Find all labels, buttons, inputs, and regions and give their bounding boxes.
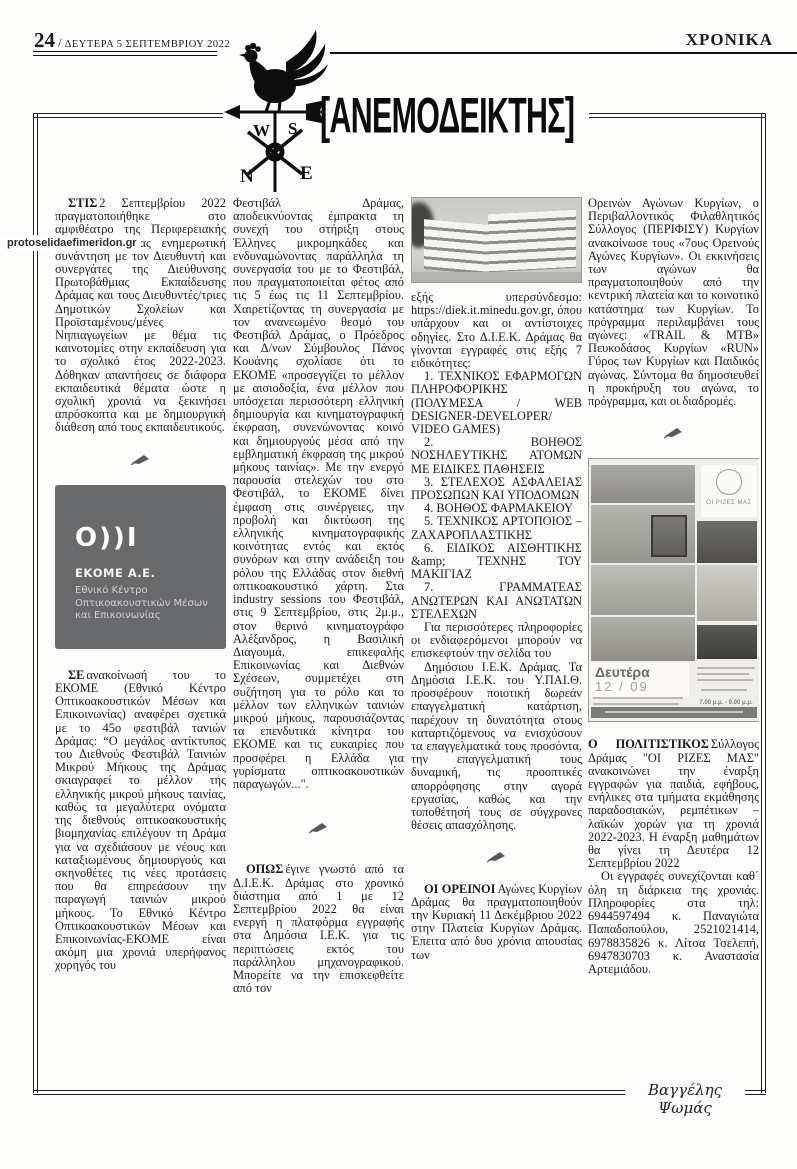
- newspaper-brand: ΧΡΟΝΙΚΑ: [686, 30, 773, 50]
- specialty-item: 7. ΓΡΑΜΜΑΤΕΑΣ ΑΝΩΤΕΡΩΝ ΚΑΙ ΑΝΩΤΑΤΩΝ ΣΤΕΛ…: [411, 581, 582, 621]
- ekome-company-name: ΕΚΟΜΕ Α.Ε.: [75, 567, 212, 580]
- specialty-item: 6. ΕΙΔΙΚΟΣ ΑΙΣΘΗΤΙΚΗΣ &amp; ΤΕΧΝΗΣ ΤΟΥ Μ…: [411, 542, 582, 582]
- page-number: 24: [34, 28, 55, 52]
- watermark: protoselidaefimeridon.gr: [0, 235, 141, 251]
- article-paragraph: Ορεινών Αγώνων Κυργίων, ο Περιβαλλοντικό…: [588, 197, 759, 408]
- article-paragraph: Φεστιβάλ Δράμας, αποδεικνύοντας έμπρακτα…: [233, 197, 404, 791]
- paragraph-text: Φεστιβάλ Δράμας, αποδεικνύοντας έμπρακτα…: [233, 197, 404, 791]
- paragraph-text: έγινε γνωστό από τα Δ.Ι.Ε.Κ. Δράμας στο …: [233, 862, 404, 995]
- poster-date-text: 12 / 09: [595, 680, 689, 693]
- poster-banner-text-bar: [605, 711, 743, 713]
- poster-photo-tile: [591, 565, 695, 615]
- column-4: Ορεινών Αγώνων Κυργίων, ο Περιβαλλοντικό…: [588, 197, 759, 1093]
- poster-photo-tile: [697, 565, 757, 621]
- author-signature: Βαγγέλης Ψωμάς: [625, 1081, 745, 1117]
- building-left-wing: [424, 219, 490, 275]
- poster-photo-tile: [697, 521, 757, 563]
- ekome-company-subtitle: Εθνικό Κέντρο Οπτικοακουστικών Μέσων και…: [75, 585, 212, 623]
- page-header-left: 24/ΔΕΥΤΕΡΑ 5 ΣΕΠΤΕΜΒΡΙΟΥ 2022: [34, 28, 230, 53]
- article-paragraph: ΣΕανακοίνωσή του το ΕΚΟΜΕ (Εθνικό Κέντρο…: [55, 669, 226, 973]
- pen-dingbat-icon: [588, 426, 759, 442]
- compass-letter-e: E: [300, 163, 313, 184]
- column-1: ΣΤΙΣ2 Σεπτεμβρίου 2022 πραγματοποιήθηκε …: [55, 197, 226, 1093]
- header-rule: [330, 52, 797, 54]
- paragraph-lead: ΣΕ: [68, 668, 84, 682]
- article-paragraph: Για περισσότερες πληροφορίες οι ενδιαφερ…: [411, 621, 582, 661]
- compass-letter-s: S: [288, 119, 297, 138]
- article-paragraph: Ο ΠΟΛΙΤΙΣΤΙΚΟΣΣύλλογος Δράμας "ΟΙ ΡΙΖΕΣ …: [588, 738, 759, 870]
- specialty-item: 1. ΤΕΧΝΙΚΟΣ ΕΦΑΡΜΟΓΩΝ ΠΛΗΡΟΦΟΡΙΚΗΣ (ΠΟΛΥ…: [411, 370, 582, 436]
- pen-dingbat-icon: [233, 821, 404, 837]
- compass-letter-n: N: [240, 166, 254, 187]
- paragraph-text: Ορεινών Αγώνων Κυργίων, ο Περιβαλλοντικό…: [588, 197, 759, 408]
- newspaper-page: { "page": { "number": "24", "separator":…: [0, 0, 797, 1169]
- article-paragraph: ΟΙ ΟΡΕΙΝΟΙΑγώνες Κυργίων Δράμας θα πραγμ…: [411, 883, 582, 962]
- poster-day-text: Δευτέρα: [595, 666, 689, 679]
- poster-smalltext-bar: [593, 703, 679, 705]
- poster-date-block: Δευτέρα 12 / 09: [589, 663, 689, 696]
- article-paragraph: εξής υπερσύνδεσμο: https://diek.it.mined…: [411, 291, 582, 370]
- paragraph-text: Για περισσότερες πληροφορίες οι ενδιαφερ…: [411, 620, 582, 660]
- rizes-mas-dance-poster: ΟΙ ΡΙΖΕΣ ΜΑΣ Δευτέρα 12 / 09 7.00 μ.μ. -…: [588, 458, 759, 722]
- pen-dingbat-icon: [411, 850, 582, 866]
- poster-smalltext-bar: [697, 667, 755, 669]
- paragraph-lead: ΟΠΩΣ: [246, 862, 283, 876]
- frame-top-right-rule: [589, 113, 766, 118]
- header-double-rule: [33, 51, 217, 56]
- compass-letter-w: W: [253, 121, 270, 140]
- paragraph-lead: Ο ΠΟΛΙΤΙΣΤΙΚΟΣ: [588, 737, 709, 751]
- column-3: εξής υπερσύνδεσμο: https://diek.it.mined…: [411, 197, 582, 1093]
- pen-dingbat-icon: [55, 453, 226, 469]
- paragraph-text: Οι εγγραφές συνεχίζονται καθ΄ όλη τη διά…: [588, 869, 759, 975]
- poster-logo-block: ΟΙ ΡΙΖΕΣ ΜΑΣ: [701, 465, 757, 517]
- poster-photo-tile: [591, 465, 695, 503]
- poster-smalltext-bar: [593, 697, 683, 699]
- paragraph-text: ανακοίνωσή του το ΕΚΟΜΕ (Εθνικό Κέντρο Ο…: [55, 668, 226, 972]
- paragraph-text: 2 Σεπτεμβρίου 2022 πραγματοποιήθηκε στο …: [55, 197, 226, 434]
- paragraph-lead: ΟΙ ΟΡΕΙΝΟΙ: [424, 882, 495, 896]
- column-title: [ΑΝΕΜΟΔΕΙΚΤΗΣ]: [320, 86, 574, 144]
- frame-left-rule: [33, 113, 38, 1093]
- poster-smalltext-bar: [701, 689, 747, 691]
- poster-smalltext-bar: [697, 673, 749, 675]
- poster-photo-tile-inset: [651, 515, 687, 557]
- photo-ground: [412, 272, 581, 282]
- poster-photo-tile: [591, 617, 695, 661]
- building-right-wing: [488, 210, 576, 273]
- page-number-separator: /: [58, 35, 62, 50]
- poster-logo-ring: [716, 469, 742, 495]
- weathervane-rooster-icon: W S N E: [220, 24, 332, 192]
- school-building-photo: [411, 197, 582, 283]
- poster-smalltext-bar: [697, 679, 753, 681]
- paragraph-text: Σύλλογος Δράμας "ΟΙ ΡΙΖΕΣ ΜΑΣ" ανακοινών…: [588, 737, 759, 870]
- page-date: ΔΕΥΤΕΡΑ 5 ΣΕΠΤΕΜΒΡΙΟΥ 2022: [65, 39, 230, 50]
- specialty-item: 3. ΣΤΕΛΕΧΟΣ ΑΣΦΑΛΕΙΑΣ ΠΡΟΣΩΠΩΝ ΚΑΙ ΥΠΟΔΟ…: [411, 476, 582, 502]
- frame-right-rule: [761, 113, 766, 1093]
- ekome-logo-box: O))I ΕΚΟΜΕ Α.Ε. Εθνικό Κέντρο Οπτικοακου…: [55, 485, 226, 649]
- poster-photo-tile: [697, 625, 757, 659]
- article-paragraph: Δημόσιου Ι.Ε.Κ. Δράμας. Τα Δημόσια Ι.Ε.Κ…: [411, 661, 582, 833]
- frame-top-left-rule: [33, 113, 223, 118]
- paragraph-lead: ΣΤΙΣ: [68, 197, 97, 210]
- paragraph-text: εξής υπερσύνδεσμο: https://diek.it.mined…: [411, 290, 582, 370]
- column-2: Φεστιβάλ Δράμας, αποδεικνύοντας έμπρακτα…: [233, 197, 404, 1093]
- specialty-item: 2. ΒΟΗΘΟΣ ΝΟΣΗΛΕΥΤΙΚΗΣ ΑΤΟΜΩΝ ΜΕ ΕΙΔΙΚΕΣ…: [411, 436, 582, 476]
- poster-logo-text: ΟΙ ΡΙΖΕΣ ΜΑΣ: [701, 497, 757, 510]
- article-paragraph: Οι εγγραφές συνεχίζονται καθ΄ όλη τη διά…: [588, 870, 759, 976]
- paragraph-text: Δημόσιου Ι.Ε.Κ. Δράμας. Τα Δημόσια Ι.Ε.Κ…: [411, 660, 582, 832]
- article-paragraph: ΣΤΙΣ2 Σεπτεμβρίου 2022 πραγματοποιήθηκε …: [55, 197, 226, 435]
- poster-bottom-banner: [591, 707, 757, 718]
- specialty-item: 5. ΤΕΧΝΙΚΟΣ ΑΡΤΟΠΟΙΟΣ – ΖΑΧΑΡΟΠΛΑΣΤΙΚΗΣ: [411, 515, 582, 541]
- ekome-logo-mark: O))I: [75, 525, 212, 551]
- article-paragraph: ΟΠΩΣέγινε γνωστό από τα Δ.Ι.Ε.Κ. Δράμας …: [233, 863, 404, 995]
